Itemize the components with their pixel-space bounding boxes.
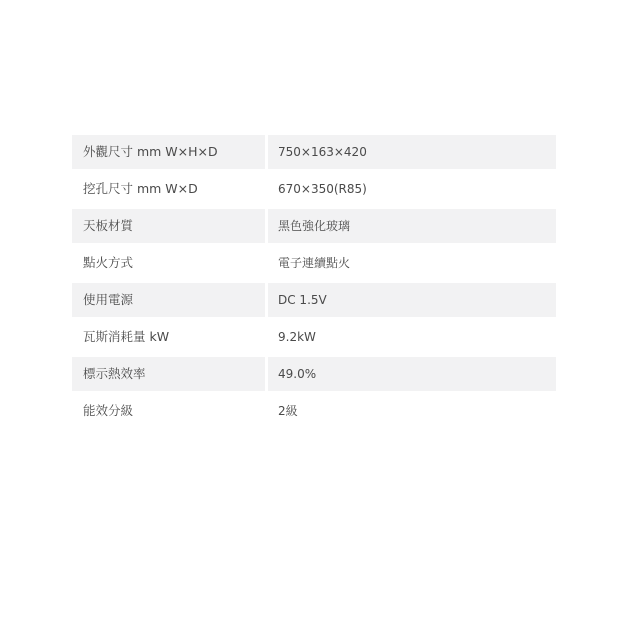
- spec-label: 點火方式: [72, 246, 265, 280]
- spec-value: 670×350(R85): [268, 172, 556, 206]
- spec-label: 挖孔尺寸 mm W×D: [72, 172, 265, 206]
- spec-label: 天板材質: [72, 209, 265, 243]
- spec-label: 標示熱效率: [72, 357, 265, 391]
- spec-value: 49.0%: [268, 357, 556, 391]
- spec-value: 750×163×420: [268, 135, 556, 169]
- spec-row-thermal-efficiency: 標示熱效率 49.0%: [72, 357, 556, 391]
- spec-row-power: 使用電源 DC 1.5V: [72, 283, 556, 317]
- spec-row-gas-consumption: 瓦斯消耗量 kW 9.2kW: [72, 320, 556, 354]
- spec-row-ignition: 點火方式 電子連續點火: [72, 246, 556, 280]
- spec-value: 電子連續點火: [268, 246, 556, 280]
- spec-row-energy-grade: 能效分級 2級: [72, 394, 556, 428]
- spec-table: 外觀尺寸 mm W×H×D 750×163×420 挖孔尺寸 mm W×D 67…: [72, 135, 556, 431]
- spec-label: 使用電源: [72, 283, 265, 317]
- spec-label: 瓦斯消耗量 kW: [72, 320, 265, 354]
- spec-value: 2級: [268, 394, 556, 428]
- spec-row-cutout: 挖孔尺寸 mm W×D 670×350(R85): [72, 172, 556, 206]
- spec-row-top-material: 天板材質 黑色強化玻璃: [72, 209, 556, 243]
- spec-row-dimensions: 外觀尺寸 mm W×H×D 750×163×420: [72, 135, 556, 169]
- spec-value: DC 1.5V: [268, 283, 556, 317]
- spec-label: 外觀尺寸 mm W×H×D: [72, 135, 265, 169]
- spec-value: 9.2kW: [268, 320, 556, 354]
- spec-value: 黑色強化玻璃: [268, 209, 556, 243]
- spec-label: 能效分級: [72, 394, 265, 428]
